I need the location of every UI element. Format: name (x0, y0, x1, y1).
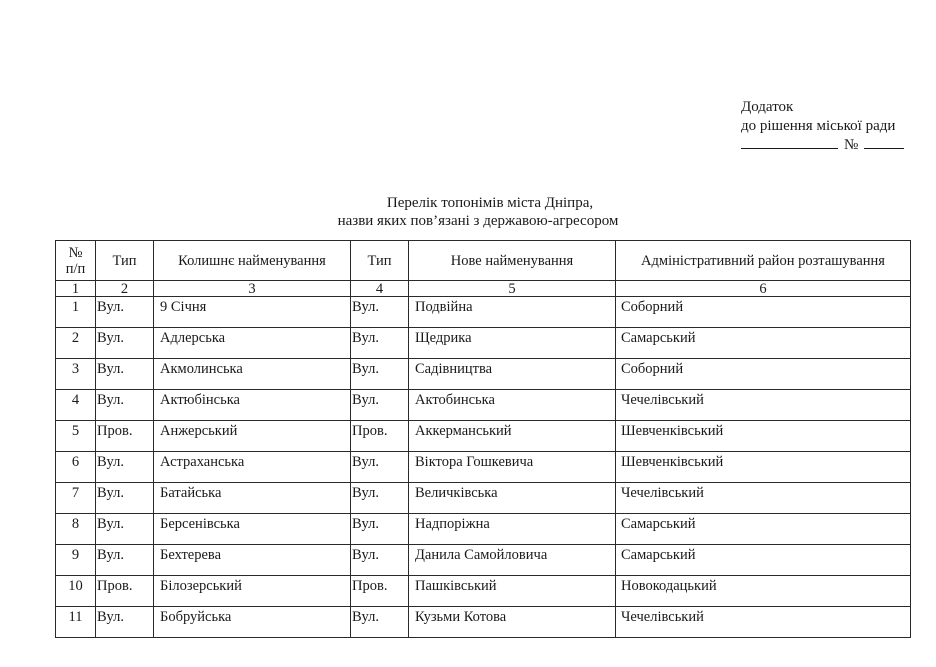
row-number-cell: 2 (56, 328, 96, 359)
table-row: 7Вул.БатайськаВул.ВеличківськаЧечелівськ… (56, 483, 911, 514)
old-type-cell: Вул. (96, 328, 154, 359)
old-name-cell: 9 Січня (154, 297, 351, 328)
new-name-cell: Подвійна (409, 297, 616, 328)
toponyms-table: №п/п Тип Колишнє найменування Тип Нове н… (55, 240, 911, 638)
header-type-new: Тип (351, 241, 409, 281)
district-cell: Соборний (616, 297, 911, 328)
table-row: 3Вул.АкмолинськаВул.СадівництваСоборний (56, 359, 911, 390)
column-number: 4 (351, 281, 409, 297)
row-number-cell: 8 (56, 514, 96, 545)
old-type-cell: Вул. (96, 359, 154, 390)
new-type-cell: Вул. (351, 328, 409, 359)
new-type-cell: Вул. (351, 514, 409, 545)
title-line-1: Перелік топонімів міста Дніпра, (0, 194, 936, 212)
old-name-cell: Білозерський (154, 576, 351, 607)
table-row: 10Пров.БілозерськийПров.ПашківськийНовок… (56, 576, 911, 607)
header-number-pp: п/п (66, 261, 86, 277)
old-type-cell: Вул. (96, 545, 154, 576)
new-name-cell: Кузьми Котова (409, 607, 616, 638)
new-type-cell: Пров. (351, 576, 409, 607)
table-header-row: №п/п Тип Колишнє найменування Тип Нове н… (56, 241, 911, 281)
new-name-cell: Надпоріжна (409, 514, 616, 545)
column-number: 2 (96, 281, 154, 297)
annex-block: Додаток до рішення міської ради № (741, 98, 904, 155)
column-number: 5 (409, 281, 616, 297)
table-row: 2Вул.АдлерськаВул.ЩедрикаСамарський (56, 328, 911, 359)
new-name-cell: Щедрика (409, 328, 616, 359)
decision-date-blank (741, 136, 838, 149)
new-type-cell: Вул. (351, 545, 409, 576)
new-name-cell: Аккерманський (409, 421, 616, 452)
old-type-cell: Вул. (96, 390, 154, 421)
new-type-cell: Пров. (351, 421, 409, 452)
row-number-cell: 6 (56, 452, 96, 483)
old-type-cell: Вул. (96, 607, 154, 638)
old-name-cell: Бехтерева (154, 545, 351, 576)
column-number: 6 (616, 281, 911, 297)
new-name-cell: Данила Самойловича (409, 545, 616, 576)
number-sign: № (844, 137, 858, 153)
table-row: 5Пров.АнжерськийПров.АккерманськийШевчен… (56, 421, 911, 452)
old-type-cell: Вул. (96, 452, 154, 483)
old-name-cell: Берсенівська (154, 514, 351, 545)
new-name-cell: Актобинська (409, 390, 616, 421)
district-cell: Соборний (616, 359, 911, 390)
old-name-cell: Адлерська (154, 328, 351, 359)
district-cell: Самарський (616, 545, 911, 576)
new-type-cell: Вул. (351, 297, 409, 328)
row-number-cell: 3 (56, 359, 96, 390)
annex-title: Додаток (741, 98, 904, 117)
header-old-name: Колишнє найменування (154, 241, 351, 281)
new-name-cell: Віктора Гошкевича (409, 452, 616, 483)
column-number-row: 1 2 3 4 5 6 (56, 281, 911, 297)
new-type-cell: Вул. (351, 607, 409, 638)
row-number-cell: 5 (56, 421, 96, 452)
old-name-cell: Актюбінська (154, 390, 351, 421)
district-cell: Новокодацький (616, 576, 911, 607)
new-name-cell: Садівництва (409, 359, 616, 390)
old-type-cell: Пров. (96, 576, 154, 607)
old-name-cell: Астраханська (154, 452, 351, 483)
table-row: 11Вул.БобруйськаВул.Кузьми КотоваЧечелів… (56, 607, 911, 638)
old-name-cell: Батайська (154, 483, 351, 514)
old-type-cell: Пров. (96, 421, 154, 452)
district-cell: Самарський (616, 328, 911, 359)
decision-number-blank (864, 136, 904, 149)
district-cell: Чечелівський (616, 483, 911, 514)
row-number-cell: 1 (56, 297, 96, 328)
old-type-cell: Вул. (96, 514, 154, 545)
new-type-cell: Вул. (351, 390, 409, 421)
document-title: Перелік топонімів міста Дніпра, назви як… (0, 194, 936, 230)
column-number: 1 (56, 281, 96, 297)
header-number-sign: № (69, 245, 83, 261)
header-number: №п/п (56, 241, 96, 281)
old-type-cell: Вул. (96, 297, 154, 328)
old-name-cell: Акмолинська (154, 359, 351, 390)
table-row: 6Вул.АстраханськаВул.Віктора ГошкевичаШе… (56, 452, 911, 483)
new-type-cell: Вул. (351, 452, 409, 483)
annex-decision-line: № (741, 136, 904, 155)
column-number: 3 (154, 281, 351, 297)
row-number-cell: 4 (56, 390, 96, 421)
district-cell: Самарський (616, 514, 911, 545)
old-type-cell: Вул. (96, 483, 154, 514)
new-type-cell: Вул. (351, 483, 409, 514)
title-line-2: назви яких пов’язані з державою-агресоро… (0, 212, 936, 230)
annex-subtitle: до рішення міської ради (741, 117, 904, 136)
table-row: 4Вул.АктюбінськаВул.АктобинськаЧечелівсь… (56, 390, 911, 421)
header-new-name: Нове найменування (409, 241, 616, 281)
table-row: 9Вул.БехтереваВул.Данила СамойловичаСама… (56, 545, 911, 576)
old-name-cell: Бобруйська (154, 607, 351, 638)
new-name-cell: Величківська (409, 483, 616, 514)
district-cell: Чечелівський (616, 607, 911, 638)
header-type-old: Тип (96, 241, 154, 281)
new-type-cell: Вул. (351, 359, 409, 390)
row-number-cell: 9 (56, 545, 96, 576)
row-number-cell: 7 (56, 483, 96, 514)
old-name-cell: Анжерський (154, 421, 351, 452)
header-district: Адміністративний район розташування (616, 241, 911, 281)
district-cell: Шевченківський (616, 421, 911, 452)
new-name-cell: Пашківський (409, 576, 616, 607)
table-row: 8Вул.БерсенівськаВул.НадпоріжнаСамарськи… (56, 514, 911, 545)
district-cell: Шевченківський (616, 452, 911, 483)
row-number-cell: 10 (56, 576, 96, 607)
row-number-cell: 11 (56, 607, 96, 638)
district-cell: Чечелівський (616, 390, 911, 421)
table-row: 1Вул.9 СічняВул.ПодвійнаСоборний (56, 297, 911, 328)
